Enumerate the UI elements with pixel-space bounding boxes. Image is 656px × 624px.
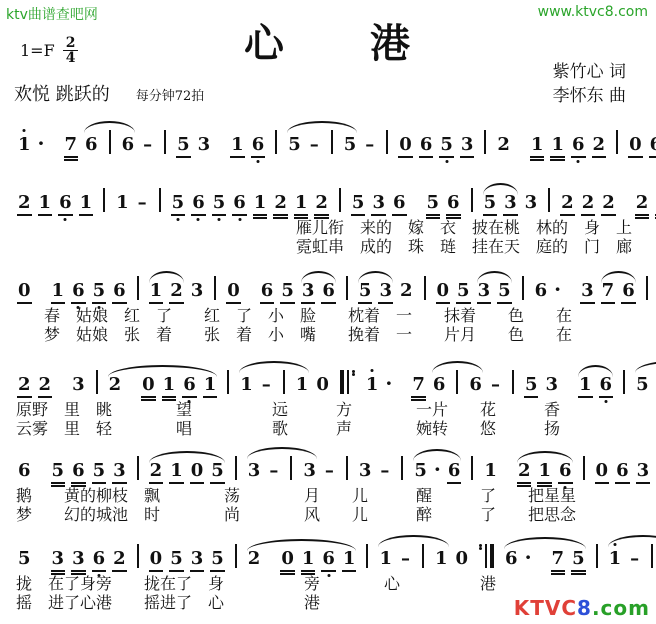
note-3: 3 — [247, 460, 262, 482]
barline — [275, 130, 277, 154]
note-5: 5 — [92, 460, 107, 484]
slur-arc: 1–1 — [236, 370, 312, 396]
note-1: 1 — [365, 374, 380, 396]
slur-arc: 5–5 — [632, 370, 656, 396]
note-5: 5 — [212, 192, 227, 216]
note-1: 1 — [38, 192, 53, 216]
note-3: 3 — [51, 548, 66, 575]
dash-continuation: – — [401, 548, 410, 569]
note-0: 0 — [455, 548, 470, 570]
note-2: 2 — [17, 192, 32, 216]
note-6: 6 — [321, 280, 336, 304]
dash-continuation: – — [325, 460, 334, 481]
lyrics-line4-verse1: 原野 里 眺 望 远 方 一片 花 香 — [14, 400, 652, 419]
barline — [386, 130, 388, 154]
music-line-5: 6565321053–3–3–5·612160636 鹅 黄的柳枝 飘 荡 月 … — [14, 444, 652, 524]
music-line-1: 1·766–53165–5–0653211620653 — [14, 118, 652, 160]
lyricist-credit: 紫竹心 词 — [553, 57, 626, 82]
note-1: 1 — [378, 548, 393, 570]
note-3: 3 — [112, 460, 127, 484]
augmentation-dot: · — [525, 546, 532, 568]
note-2: 2 — [108, 374, 123, 396]
dash-continuation: – — [138, 192, 147, 213]
note-6: 6 — [571, 134, 586, 158]
note-6: 6 — [321, 548, 336, 572]
slur-arc: 2105 — [146, 460, 228, 484]
lyrics-line5-verse2: 梦 幻的城池 时 尚 风 儿 醉 了 把思念 — [14, 505, 652, 524]
barline — [456, 370, 458, 394]
note-5: 5 — [287, 134, 302, 156]
notation-row-4: 223201611–101·766–53165–5– — [14, 358, 652, 400]
key-signature: 1=F 2 4 — [20, 36, 78, 65]
slur-arc: 66 — [429, 370, 486, 396]
barline — [616, 130, 618, 154]
note-6: 6 — [17, 460, 32, 482]
slur-arc: 16 — [575, 374, 616, 398]
note-7: 7 — [601, 280, 616, 304]
note-3: 3 — [636, 460, 651, 484]
slur-arc: 5–5 — [284, 130, 360, 156]
note-5: 5 — [280, 280, 295, 304]
note-2: 2 — [592, 134, 607, 158]
slur-arc: 6·75 — [501, 546, 589, 575]
note-6: 6 — [58, 192, 73, 216]
notation-row-5: 6565321053–3–3–5·612160636 — [14, 444, 652, 486]
note-6: 6 — [447, 460, 462, 484]
note-3: 3 — [301, 280, 316, 304]
logo-part-com: .com — [592, 596, 650, 620]
slur-arc: 12 — [146, 280, 187, 304]
dash-continuation: – — [262, 374, 271, 395]
slur-arc: 36 — [298, 280, 339, 304]
note-5: 5 — [210, 460, 225, 484]
note-2: 2 — [601, 192, 616, 216]
note-1: 1 — [578, 374, 593, 398]
note-0: 0 — [436, 280, 451, 304]
note-3: 3 — [503, 192, 518, 216]
note-0: 0 — [595, 460, 610, 484]
note-6: 6 — [121, 134, 136, 156]
note-5: 5 — [571, 548, 586, 575]
note-5: 5 — [17, 548, 32, 570]
lyrics-line3-verse2: 梦 姑娘 张 着 张 着 小 嘴 挽着 一 片月 色 在 — [14, 325, 652, 344]
note-3: 3 — [197, 134, 212, 156]
repeat-begin — [340, 370, 355, 394]
note-6: 6 — [599, 374, 614, 398]
note-1: 1 — [434, 548, 449, 570]
note-7: 7 — [411, 374, 426, 401]
logo-part-8: 8 — [577, 596, 592, 620]
note-1: 1 — [530, 134, 545, 161]
note-1: 1 — [608, 548, 623, 570]
tempo-label: 每分钟72拍 — [136, 85, 205, 104]
note-0: 0 — [280, 548, 295, 575]
note-2: 2 — [635, 192, 650, 219]
lyrics-line6-verse1: 拢 在了身旁 拢在了 身 旁 心 港 — [14, 574, 652, 593]
note-6: 6 — [558, 460, 573, 484]
note-2: 2 — [517, 460, 532, 487]
note-0: 0 — [398, 134, 413, 158]
note-1: 1 — [342, 548, 357, 572]
note-2: 2 — [149, 460, 164, 484]
slur-arc: 20161 — [244, 548, 360, 575]
lyrics-line4-verse2: 云雾 里 轻 唱 歌 声 婉转 悠 扬 — [14, 419, 652, 438]
note-3: 3 — [71, 374, 86, 396]
note-6: 6 — [468, 374, 483, 396]
note-6: 6 — [232, 192, 247, 216]
note-1: 1 — [149, 280, 164, 304]
note-6: 6 — [191, 192, 206, 216]
barline — [596, 544, 598, 568]
logo-part-ktvc: KTVC — [514, 596, 577, 620]
note-5: 5 — [92, 280, 107, 304]
note-1: 1 — [239, 374, 254, 396]
note-1: 1 — [295, 374, 310, 396]
note-3: 3 — [190, 280, 205, 302]
note-5: 5 — [51, 460, 66, 487]
note-5: 5 — [413, 460, 428, 482]
slur-arc: 20161 — [105, 374, 221, 401]
note-0: 0 — [628, 134, 643, 158]
slur-arc: 66 — [81, 130, 138, 156]
lyrics-line2-verse2: 霓虹串 成的 珠 琏 挂在天 庭的 门 廊 — [14, 237, 652, 256]
barline — [422, 544, 424, 568]
tempo-row: 欢悦 跳跃的 每分钟72拍 — [14, 80, 204, 106]
note-0: 0 — [17, 280, 32, 304]
note-1: 1 — [17, 134, 32, 156]
barline — [235, 456, 237, 480]
barline — [401, 456, 403, 480]
slur-arc: 76 — [598, 280, 639, 304]
slur-arc: 3–3 — [244, 456, 320, 482]
note-5: 5 — [635, 374, 650, 396]
note-5: 5 — [483, 192, 498, 216]
note-1: 1 — [301, 548, 316, 575]
note-6: 6 — [251, 134, 266, 158]
note-5: 5 — [426, 192, 441, 219]
barline — [583, 456, 585, 480]
barline — [512, 370, 514, 394]
note-3: 3 — [371, 192, 386, 216]
slur-arc: 53 — [355, 280, 396, 304]
note-1: 1 — [115, 192, 130, 214]
note-0: 0 — [190, 460, 205, 484]
note-0: 0 — [226, 280, 241, 304]
note-6: 6 — [392, 192, 407, 216]
meter-denominator: 4 — [63, 51, 79, 65]
note-1: 1 — [230, 134, 245, 158]
note-3: 3 — [460, 134, 475, 158]
note-5: 5 — [171, 192, 186, 216]
barline — [331, 130, 333, 154]
note-6: 6 — [649, 134, 656, 158]
note-0: 0 — [315, 374, 330, 396]
site-logo: KTVC8.com — [514, 596, 650, 620]
note-6: 6 — [504, 548, 519, 570]
barline — [137, 276, 139, 300]
note-3: 3 — [544, 374, 559, 396]
note-6: 6 — [615, 460, 630, 484]
note-6: 6 — [84, 134, 99, 156]
note-5: 5 — [343, 134, 358, 156]
note-5: 5 — [169, 548, 184, 572]
note-3: 3 — [580, 280, 595, 304]
note-5: 5 — [497, 280, 512, 304]
note-5: 5 — [176, 134, 191, 158]
music-line-4: 223201611–101·766–53165–5– 原野 里 眺 望 远 方 … — [14, 358, 652, 438]
notation-row-1: 1·766–53165–5–0653211620653 — [14, 118, 652, 160]
meter-numerator: 2 — [63, 36, 79, 51]
key-label: 1=F — [20, 41, 55, 60]
dash-continuation: – — [143, 134, 152, 155]
note-6: 6 — [182, 374, 197, 398]
note-5: 5 — [358, 280, 373, 304]
note-1: 1 — [162, 374, 177, 401]
barline — [235, 544, 237, 568]
dash-continuation: – — [269, 460, 278, 481]
mood-label: 欢悦 跳跃的 — [14, 80, 110, 106]
augmentation-dot: · — [385, 372, 392, 394]
slur-arc: 216 — [514, 460, 576, 487]
note-1: 1 — [537, 460, 552, 487]
note-2: 2 — [112, 548, 127, 572]
music-line-2: 21611–565612125365653322223165 雁儿衔 来的 嫁 … — [14, 176, 652, 256]
barline — [471, 456, 473, 480]
note-2: 2 — [496, 134, 511, 156]
note-2: 2 — [247, 548, 262, 570]
barline — [548, 188, 550, 212]
note-3: 3 — [358, 460, 373, 482]
barline — [103, 188, 105, 212]
note-6: 6 — [71, 460, 86, 487]
note-7: 7 — [551, 548, 566, 575]
slur-arc: 1–1 — [605, 544, 656, 570]
note-3: 3 — [302, 460, 317, 482]
note-6: 6 — [71, 280, 86, 304]
barline — [346, 276, 348, 300]
note-6: 6 — [432, 374, 447, 396]
augmentation-dot: · — [434, 458, 441, 480]
slur-arc: 5·6 — [410, 458, 464, 484]
note-3: 3 — [477, 280, 492, 304]
barline — [424, 276, 426, 300]
barline — [339, 188, 341, 212]
note-2: 2 — [169, 280, 184, 304]
slur-arc: 53 — [480, 192, 521, 216]
barline — [137, 544, 139, 568]
barline — [96, 370, 98, 394]
barline — [227, 370, 229, 394]
barline — [522, 276, 524, 300]
barline — [346, 456, 348, 480]
note-1: 1 — [169, 460, 184, 484]
note-2: 2 — [581, 192, 596, 216]
note-3: 3 — [71, 548, 86, 575]
barline — [214, 276, 216, 300]
note-6: 6 — [621, 280, 636, 304]
barline — [651, 544, 653, 568]
note-0: 0 — [149, 548, 164, 572]
note-5: 5 — [210, 548, 225, 572]
meter-fraction: 2 4 — [63, 36, 79, 65]
note-3: 3 — [378, 280, 393, 304]
note-3: 3 — [190, 548, 205, 572]
note-6: 6 — [112, 280, 127, 304]
dash-continuation: – — [380, 460, 389, 481]
note-3: 3 — [524, 192, 539, 214]
note-5: 5 — [439, 134, 454, 158]
note-2: 2 — [399, 280, 414, 302]
notation-row-6: 533620535201611–106·751–1–10 — [14, 532, 652, 574]
note-1: 1 — [203, 374, 218, 398]
dash-continuation: – — [630, 548, 639, 569]
barline — [109, 130, 111, 154]
note-5: 5 — [351, 192, 366, 216]
composer-credit: 李怀东 曲 — [553, 81, 626, 106]
note-1: 1 — [294, 192, 309, 219]
note-6: 6 — [92, 548, 107, 572]
lyrics-line2-verse1: 雁儿衔 来的 嫁 衣 披在桃 林的 身 上 — [14, 218, 652, 237]
note-1: 1 — [253, 192, 268, 219]
note-5: 5 — [456, 280, 471, 304]
augmentation-dot: · — [554, 278, 561, 300]
note-5: 5 — [524, 374, 539, 398]
music-line-3: 016561230653653205356·3765·53 春 姑娘 红 了 红… — [14, 264, 652, 344]
note-6: 6 — [260, 280, 275, 304]
note-2: 2 — [273, 192, 288, 219]
barline — [290, 456, 292, 480]
dash-continuation: – — [310, 134, 319, 155]
repeat-end — [479, 544, 494, 568]
sheet-music-page: ktv曲谱查吧网 www.ktvc8.com 心 港 1=F 2 4 欢悦 跳跃… — [0, 0, 656, 624]
note-1: 1 — [51, 280, 66, 304]
barline — [623, 370, 625, 394]
note-1: 1 — [79, 192, 94, 216]
barline — [137, 456, 139, 480]
barline — [471, 188, 473, 212]
barline — [159, 188, 161, 212]
note-2: 2 — [314, 192, 329, 219]
note-1: 1 — [550, 134, 565, 161]
note-2: 2 — [38, 374, 53, 398]
dash-continuation: – — [365, 134, 374, 155]
note-0: 0 — [141, 374, 156, 401]
notation-row-3: 016561230653653205356·3765·53 — [14, 264, 652, 306]
barline — [164, 130, 166, 154]
note-7: 7 — [64, 134, 79, 161]
dash-continuation: – — [491, 374, 500, 395]
barline — [283, 370, 285, 394]
lyrics-line3-verse1: 春 姑娘 红 了 红 了 小 脸 枕着 一 抹着 色 在 — [14, 306, 652, 325]
note-1: 1 — [483, 460, 498, 482]
note-6: 6 — [534, 280, 549, 302]
lyrics-line5-verse1: 鹅 黄的柳枝 飘 荡 月 儿 醒 了 把星星 — [14, 486, 652, 505]
notation-row-2: 21611–565612125365653322223165 — [14, 176, 652, 218]
augmentation-dot: · — [38, 132, 45, 154]
note-2: 2 — [560, 192, 575, 216]
barline — [646, 276, 648, 300]
note-2: 2 — [17, 374, 32, 398]
note-6: 6 — [446, 192, 461, 219]
barline — [484, 130, 486, 154]
slur-arc: 35 — [474, 280, 515, 304]
slur-arc: 1–1 — [375, 544, 451, 570]
barline — [366, 544, 368, 568]
note-6: 6 — [419, 134, 434, 158]
